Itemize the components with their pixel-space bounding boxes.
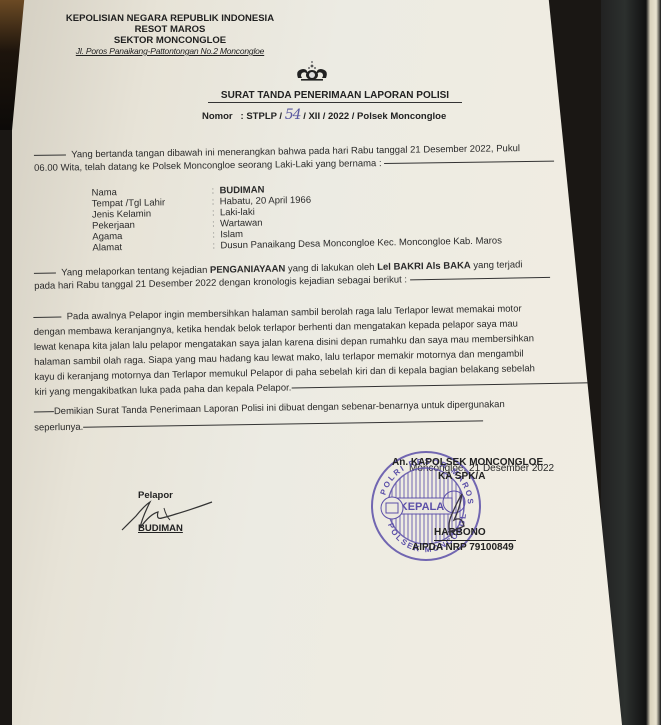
- identity-colon: :: [212, 207, 220, 218]
- number-handwritten: 54: [285, 107, 301, 123]
- identity-colon: :: [212, 218, 220, 229]
- report-post: yang terjadi: [473, 259, 522, 271]
- chronology-paragraph: Pada awalnya Pelapor ingin membersihkan …: [33, 300, 604, 400]
- report-paragraph: Yang melaporkan tentang kejadian PENGANI…: [34, 257, 594, 293]
- document-page: KEPOLISIAN NEGARA REPUBLIK INDONESIA RES…: [12, 0, 622, 725]
- intro-paragraph: Yang bertanda tangan dibawah ini meneran…: [34, 141, 594, 175]
- identity-table: Nama:BUDIMANTempat /Tgl Lahir:Habatu, 20…: [91, 180, 502, 253]
- identity-label: Alamat: [92, 240, 212, 253]
- letterhead-line-1: KEPOLISIAN NEGARA REPUBLIK INDONESIA: [50, 13, 290, 24]
- police-emblem-icon: [295, 60, 329, 82]
- identity-colon: :: [212, 229, 220, 240]
- reporter-signature: [120, 494, 220, 534]
- intro-line-2: 06.00 Wita, telah datang ke Polsek Monco…: [34, 158, 382, 174]
- official-line-2: KA SPK/A: [438, 470, 543, 484]
- letterhead-line-3: SEKTOR MONCONGLOE: [50, 35, 290, 46]
- report-crime: PENGANIAYAAN: [210, 264, 286, 276]
- document-title: SURAT TANDA PENERIMAAN LAPORAN POLISI: [208, 90, 462, 103]
- report-suspect: Lel BAKRI Als BAKA: [377, 260, 471, 273]
- closing-paragraph: Demikian Surat Tanda Penerimaan Laporan …: [34, 396, 604, 437]
- number-label: Nomor: [202, 111, 233, 122]
- official-rank-nrp: AIPDA NRP 79100849: [412, 541, 543, 555]
- identity-colon: :: [212, 240, 220, 251]
- title-block: SURAT TANDA PENERIMAAN LAPORAN POLISI No…: [202, 90, 522, 123]
- number-suffix: / XII / 2022 / Polsek Moncongloe: [303, 111, 446, 122]
- official-line-1: An. KAPOLSEK MONCONGLOE: [392, 456, 543, 470]
- letterhead: KEPOLISIAN NEGARA REPUBLIK INDONESIA RES…: [50, 13, 290, 57]
- letterhead-address: Jl. Poros Panaikang-Pattontongan No.2 Mo…: [50, 46, 290, 57]
- identity-colon: :: [211, 185, 219, 196]
- closing-line-2: seperlunya.: [34, 422, 83, 434]
- number-prefix: : STPLP /: [241, 111, 283, 122]
- document-number: Nomor : STPLP / 54 / XII / 2022 / Polsek…: [202, 107, 522, 123]
- official-signature: [432, 490, 472, 540]
- report-mid: yang di lakukan oleh: [288, 262, 375, 275]
- letterhead-line-2: RESOT MAROS: [50, 24, 290, 35]
- identity-colon: :: [212, 196, 220, 207]
